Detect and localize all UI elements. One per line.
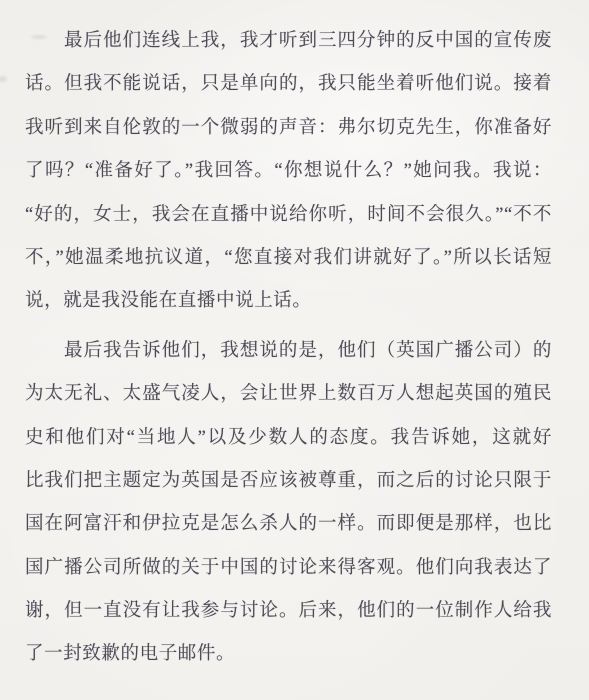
text-line: “好的，女士，我会在直播中说给你听，时间不会很久。”“不不 xyxy=(25,194,552,237)
text-line: 了吗？“准备好了。”我回答。“你想说什么？”她问我。我说： xyxy=(25,150,552,193)
paragraph-broadcast-call: 最后他们连线上我，我才听到三四分钟的反中国的宣传废话。但我不能说话，只是单向的，… xyxy=(25,20,552,324)
text-line: 国在阿富汗和伊拉克是怎么杀人的一样。而即便是那样，也比英 xyxy=(25,503,552,546)
text-line: 史和他们对“当地人”以及少数人的态度。我告诉她，这就好 xyxy=(25,417,552,460)
text-line: 不，”她温柔地抗议道，“您直接对我们讲就好了。”所以长话短 xyxy=(25,237,552,280)
text-line: 了一封致歉的电子邮件。 xyxy=(25,633,552,676)
text-block: 最后他们连线上我，我才听到三四分钟的反中国的宣传废话。但我不能说话，只是单向的，… xyxy=(25,20,552,677)
scan-smudge xyxy=(0,76,7,82)
text-line: 我听到来自伦敦的一个微弱的声音：弗尔切克先生，你准备好 xyxy=(25,107,552,150)
text-line: 说，就是我没能在直播中说上话。 xyxy=(25,280,552,323)
text-line: 比我们把主题定为英国是否应该被尊重，而之后的讨论只限于英 xyxy=(25,460,552,503)
text-line: 国广播公司所做的关于中国的讨论来得客观。他们向我表达了感 xyxy=(25,547,552,590)
text-line: 话。但我不能说话，只是单向的，我只能坐着听他们说。接着 xyxy=(25,63,552,106)
text-line: 谢，但一直没有让我参与讨论。后来，他们的一位制作人给我写 xyxy=(25,590,552,633)
scanned-book-page: 最后他们连线上我，我才听到三四分钟的反中国的宣传废话。但我不能说话，只是单向的，… xyxy=(0,0,589,700)
text-line: 最后他们连线上我，我才听到三四分钟的反中国的宣传废 xyxy=(25,20,552,63)
paragraph-bbc-criticism: 最后我告诉他们，我想说的是，他们（英国广播公司）的行为太无礼、太盛气凌人，会让世… xyxy=(25,330,552,677)
text-line: 为太无礼、太盛气凌人，会让世界上数百万人想起英国的殖民历 xyxy=(25,373,552,416)
text-line: 最后我告诉他们，我想说的是，他们（英国广播公司）的行 xyxy=(25,330,552,373)
